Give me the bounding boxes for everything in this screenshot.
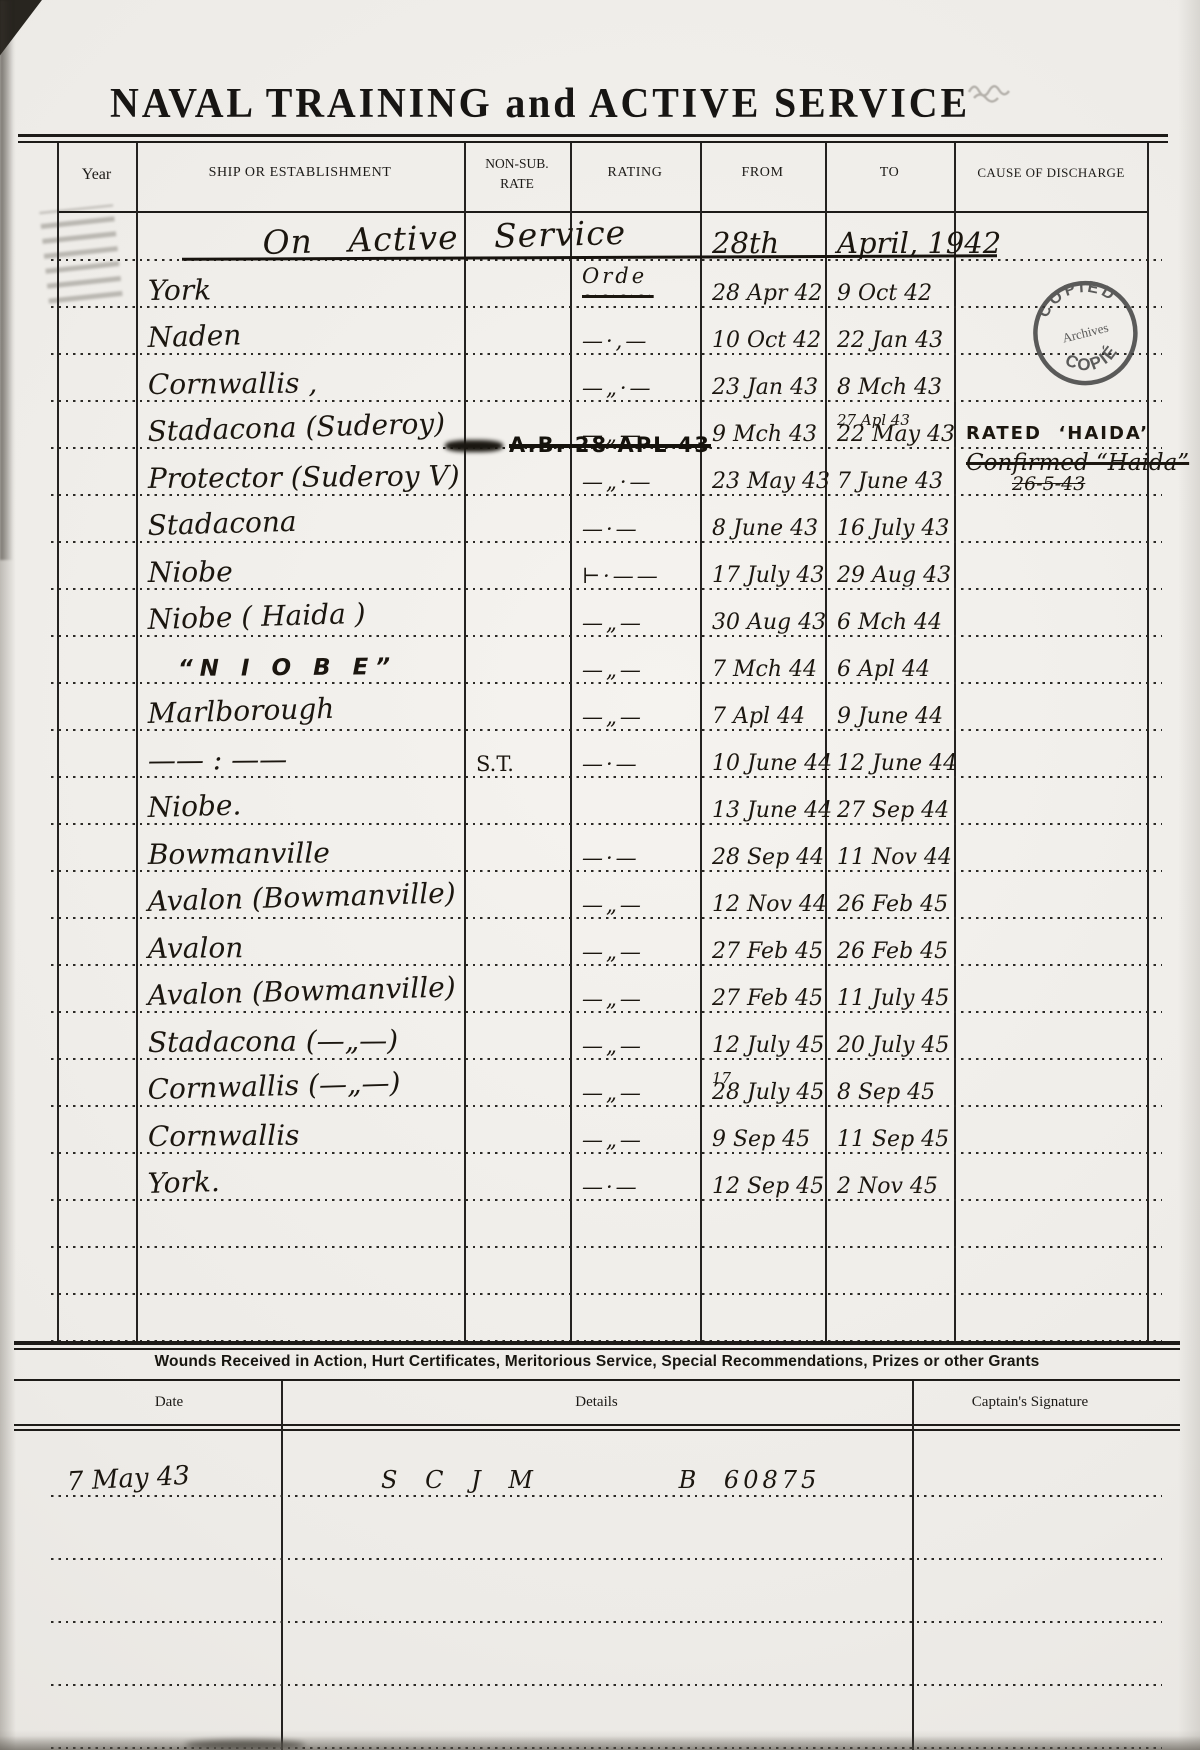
table-row: Avalon (Bowmanville) —„— 27 Feb 45 11 Ju…: [57, 965, 1148, 1012]
cell-from: 1728 July 45: [700, 1059, 825, 1106]
cell-from: 12 Sep 45: [700, 1153, 825, 1200]
page-title: NAVAL TRAINING and ACTIVE SERVICE: [27, 80, 1053, 128]
col-header-nonsub-line1: NON-SUB.: [464, 154, 570, 174]
cell-from: 10 June 44: [700, 730, 825, 777]
grants-cell-signature: [912, 1433, 1148, 1496]
cell-rating: —„—: [570, 636, 700, 683]
grants-row: [57, 1496, 1148, 1559]
cell-cause: [954, 1247, 1148, 1294]
cell-cause: [954, 213, 1148, 260]
cell-to: 11 Nov 44: [825, 824, 954, 871]
col-header-nonsub-line2: RATE: [464, 174, 570, 194]
table-row: Avalon (Bowmanville) —„— 12 Nov 44 26 Fe…: [57, 871, 1148, 918]
cell-rating: —„—: [570, 1059, 700, 1106]
grants-cell-details: [281, 1622, 912, 1685]
cell-ship: Niobe.: [136, 777, 464, 824]
table-row: York Orde~~~~ 28 Apr 42 9 Oct 42: [57, 260, 1148, 307]
grants-cell-details: [281, 1559, 912, 1622]
service-table-body: On Active Service 28th April, 1942 York …: [57, 213, 1148, 1341]
grants-col-header-details: Details: [281, 1394, 912, 1411]
cell-nonsub-rate: [464, 542, 570, 589]
cell-nonsub-rate: [464, 871, 570, 918]
table-row: Cornwallis , —„·— 23 Jan 43 8 Mch 43: [57, 354, 1148, 401]
cell-ship: [136, 1247, 464, 1294]
cell-cause: [954, 1106, 1148, 1153]
cell-from: 27 Feb 45: [700, 918, 825, 965]
cell-from: 13 June 44: [700, 777, 825, 824]
cell-from: 10 Oct 42: [700, 307, 825, 354]
cell-rating: —·—: [570, 495, 700, 542]
cell-year: [57, 495, 136, 542]
cell-ship: Avalon (Bowmanville): [136, 871, 464, 918]
cell-from: 23 May 43: [700, 448, 825, 495]
crossed-out-note: A.B. 28 APL 43: [445, 433, 711, 457]
cell-nonsub-rate: [464, 965, 570, 1012]
cell-to: 26 Feb 45: [825, 918, 954, 965]
cell-to: [825, 1247, 954, 1294]
cell-rating: Orde~~~~: [570, 260, 700, 307]
grants-cell-details: [281, 1496, 912, 1559]
cell-ship: Marlborough: [136, 683, 464, 730]
table-row: Cornwallis —„— 9 Sep 45 11 Sep 45: [57, 1106, 1148, 1153]
cell-from: 7 Apl 44: [700, 683, 825, 730]
cell-year: [57, 730, 136, 777]
grants-section-title: Wounds Received in Action, Hurt Certific…: [14, 1353, 1180, 1371]
cell-nonsub-rate: [464, 1200, 570, 1247]
cell-cause: [954, 1294, 1148, 1341]
grants-cell-date: [57, 1496, 281, 1559]
cell-ship: Niobe ( Haida ): [136, 589, 464, 636]
cell-ship: [136, 1200, 464, 1247]
cell-ship: Avalon: [136, 918, 464, 965]
cell-to: April, 1942: [825, 213, 954, 260]
table-row: [57, 1247, 1148, 1294]
cell-rating: —„—: [570, 918, 700, 965]
cell-rating: —„—: [570, 589, 700, 636]
cell-cause: [954, 636, 1148, 683]
col-header-cause: CAUSE OF DISCHARGE: [954, 165, 1148, 181]
cell-to: 11 July 45: [825, 965, 954, 1012]
cell-cause: [954, 542, 1148, 589]
grants-cell-details: S C J M B 60875: [281, 1433, 912, 1496]
cell-rating: —„·—: [570, 354, 700, 401]
cell-cause: RATED ‘HAIDA’: [954, 401, 1148, 448]
table-row: On Active Service 28th April, 1942: [57, 213, 1148, 260]
cell-from: 30 Aug 43: [700, 589, 825, 636]
col-header-from: FROM: [700, 165, 825, 181]
cell-cause: [954, 965, 1148, 1012]
top-rule: [18, 134, 1168, 137]
cell-year: [57, 401, 136, 448]
grants-cell-signature: [912, 1496, 1148, 1559]
cell-year: [57, 307, 136, 354]
grants-header-rule-2: [14, 1429, 1180, 1431]
cell-ship: Naden: [136, 307, 464, 354]
cell-from: 7 Mch 44: [700, 636, 825, 683]
cell-rating: —„—: [570, 1012, 700, 1059]
cell-cause: [954, 1200, 1148, 1247]
cell-to: 6 Apl 44: [825, 636, 954, 683]
cell-year: [57, 260, 136, 307]
cell-ship: York: [136, 260, 464, 307]
cell-nonsub-rate: [464, 777, 570, 824]
grants-cell-date: 7 May 43: [57, 1433, 281, 1496]
table-row: Naden —·,— 10 Oct 42 22 Jan 43: [57, 307, 1148, 354]
cell-rating: —„—: [570, 871, 700, 918]
cell-rating: [570, 1294, 700, 1341]
cell-ship: Cornwallis: [136, 1106, 464, 1153]
table-row: “N I O B E” —„— 7 Mch 44 6 Apl 44: [57, 636, 1148, 683]
cell-nonsub-rate: [464, 354, 570, 401]
cell-rating: ⊢·——: [570, 542, 700, 589]
cell-ship: On Active Service: [136, 213, 464, 260]
cell-rating: —„—: [570, 1106, 700, 1153]
cell-to: 29 Aug 43: [825, 542, 954, 589]
cell-to: 11 Sep 45: [825, 1106, 954, 1153]
cell-cause: [954, 1012, 1148, 1059]
cell-to: 20 July 45: [825, 1012, 954, 1059]
scan-artifact-bottom-edge: [0, 1736, 1200, 1750]
cell-ship: —— : ——: [136, 730, 464, 777]
grants-col-header-date: Date: [57, 1394, 281, 1411]
col-header-ship: SHIP OR ESTABLISHMENT: [136, 165, 464, 181]
cell-nonsub-rate: [464, 1012, 570, 1059]
cell-rating: —·—: [570, 730, 700, 777]
cell-rating: —„—: [570, 965, 700, 1012]
cell-ship: Stadacona (—„—): [136, 1012, 464, 1059]
cell-cause: [954, 730, 1148, 777]
cell-to: 12 June 44: [825, 730, 954, 777]
cell-from: 27 Feb 45: [700, 965, 825, 1012]
cell-ship: Protector (Suderoy V): [136, 448, 464, 495]
cell-to: 9 Oct 42: [825, 260, 954, 307]
scan-artifact-smudge: [185, 1740, 305, 1750]
table-row: —— : —— S.T. —·— 10 June 44 12 June 44: [57, 730, 1148, 777]
table-row: Cornwallis (—„—) —„— 1728 July 45 8 Sep …: [57, 1059, 1148, 1106]
cell-rating: —·,—: [570, 307, 700, 354]
cell-to: [825, 1200, 954, 1247]
cell-from: [700, 1247, 825, 1294]
cell-nonsub-rate: [464, 1106, 570, 1153]
table-row: Protector (Suderoy V) —„·— 23 May 43 7 J…: [57, 448, 1148, 495]
cell-cause: [954, 683, 1148, 730]
grants-row: [57, 1622, 1148, 1685]
cell-year: [57, 1200, 136, 1247]
cell-year: [57, 636, 136, 683]
grants-row: [57, 1559, 1148, 1622]
cell-to: 8 Mch 43: [825, 354, 954, 401]
cell-cause: [954, 918, 1148, 965]
cell-ship: Stadacona (Suderoy): [136, 401, 464, 448]
grants-title-rule: [14, 1379, 1180, 1381]
col-header-to: TO: [825, 165, 954, 181]
cell-nonsub-rate: [464, 307, 570, 354]
grants-cell-signature: [912, 1559, 1148, 1622]
cell-year: [57, 824, 136, 871]
cell-year: [57, 871, 136, 918]
grants-cell-signature: [912, 1622, 1148, 1685]
section-divider-rule-2: [14, 1348, 1180, 1350]
cell-nonsub-rate: [464, 683, 570, 730]
cell-to: [825, 1294, 954, 1341]
cell-ship: Niobe: [136, 542, 464, 589]
cell-ship: York.: [136, 1153, 464, 1200]
cell-to: 26 Feb 45: [825, 871, 954, 918]
cell-year: [57, 1012, 136, 1059]
col-header-year: Year: [57, 166, 136, 184]
cell-year: [57, 213, 136, 260]
cell-cause: [954, 824, 1148, 871]
cell-year: [57, 918, 136, 965]
cell-year: [57, 1106, 136, 1153]
cell-to: 27 Sep 44: [825, 777, 954, 824]
cell-ship: Avalon (Bowmanville): [136, 965, 464, 1012]
table-row: Niobe ⊢·—— 17 July 43 29 Aug 43: [57, 542, 1148, 589]
cell-to: 7 June 43: [825, 448, 954, 495]
cell-year: [57, 354, 136, 401]
table-row: Stadacona (—„—) —„— 12 July 45 20 July 4…: [57, 1012, 1148, 1059]
scan-artifact-left-edge: [0, 0, 13, 560]
cell-nonsub-rate: [464, 260, 570, 307]
stamp-text-middle: Archives: [1061, 320, 1110, 346]
cell-ship: [136, 1294, 464, 1341]
cell-rating: [570, 777, 700, 824]
cell-year: [57, 589, 136, 636]
scanned-page: NAVAL TRAINING and ACTIVE SERVICE Year S…: [0, 0, 1200, 1750]
table-row: Bowmanville —·— 28 Sep 44 11 Nov 44: [57, 824, 1148, 871]
cell-cause: [954, 589, 1148, 636]
cell-to: 27 Apl 4322 May 43: [825, 401, 954, 448]
grants-cell-date: [57, 1622, 281, 1685]
col-header-nonsub-rate: NON-SUB. RATE: [464, 154, 570, 195]
cell-ship: “N I O B E”: [136, 636, 464, 683]
cell-from: 28th: [700, 213, 825, 260]
cell-cause: [954, 495, 1148, 542]
grants-header-rule: [14, 1424, 1180, 1426]
cell-year: [57, 683, 136, 730]
cell-from: [700, 1294, 825, 1341]
cell-year: [57, 542, 136, 589]
col-header-rating: RATING: [570, 165, 700, 181]
grants-row: 7 May 43 S C J M B 60875: [57, 1433, 1148, 1496]
cell-to: 16 July 43: [825, 495, 954, 542]
cell-from: 28 Sep 44: [700, 824, 825, 871]
cell-year: [57, 1059, 136, 1106]
table-row: York. —·— 12 Sep 45 2 Nov 45: [57, 1153, 1148, 1200]
cell-nonsub-rate: S.T.: [464, 730, 570, 777]
cell-from: 12 July 45: [700, 1012, 825, 1059]
cell-rating: [570, 1200, 700, 1247]
table-row: [57, 1200, 1148, 1247]
cell-year: [57, 777, 136, 824]
cell-ship: Stadacona: [136, 495, 464, 542]
cell-to: 2 Nov 45: [825, 1153, 954, 1200]
grants-cell-date: [57, 1559, 281, 1622]
table-row: Avalon —„— 27 Feb 45 26 Feb 45: [57, 918, 1148, 965]
table-row: Stadacona —·— 8 June 43 16 July 43: [57, 495, 1148, 542]
table-row: Marlborough —„— 7 Apl 44 9 June 44: [57, 683, 1148, 730]
cell-to: 9 June 44: [825, 683, 954, 730]
cell-nonsub-rate: [464, 1294, 570, 1341]
cell-from: 12 Nov 44: [700, 871, 825, 918]
cell-rating: —„—: [570, 683, 700, 730]
cell-rating: —·—: [570, 824, 700, 871]
cell-nonsub-rate: [464, 1153, 570, 1200]
cell-rating: [570, 1247, 700, 1294]
grants-col-header-signature: Captain's Signature: [912, 1394, 1148, 1411]
cell-nonsub-rate: [464, 589, 570, 636]
cell-from: 28 Apr 42: [700, 260, 825, 307]
cell-cause: [954, 777, 1148, 824]
cell-nonsub-rate: [464, 1247, 570, 1294]
table-row: [57, 1294, 1148, 1341]
cell-rating: —·—: [570, 1153, 700, 1200]
cell-ship: Bowmanville: [136, 824, 464, 871]
cell-cause: [954, 1059, 1148, 1106]
cell-nonsub-rate: [464, 636, 570, 683]
cell-from: 9 Sep 45: [700, 1106, 825, 1153]
cell-nonsub-rate: [464, 1059, 570, 1106]
cell-from: 9 Mch 43: [700, 401, 825, 448]
cell-nonsub-rate: [464, 918, 570, 965]
cell-ship: Cornwallis ,: [136, 354, 464, 401]
top-rule-2: [18, 141, 1168, 143]
grants-table-body: 7 May 43 S C J M B 60875: [57, 1433, 1148, 1748]
section-divider-rule: [14, 1341, 1180, 1345]
cell-year: [57, 965, 136, 1012]
cell-year: [57, 1153, 136, 1200]
cell-from: 17 July 43: [700, 542, 825, 589]
cell-year: [57, 1247, 136, 1294]
cell-to: 8 Sep 45: [825, 1059, 954, 1106]
cell-year: [57, 1294, 136, 1341]
cell-cause: [954, 871, 1148, 918]
table-row: Niobe ( Haida ) —„— 30 Aug 43 6 Mch 44: [57, 589, 1148, 636]
cell-nonsub-rate: [464, 824, 570, 871]
cell-cause: [954, 1153, 1148, 1200]
cell-from: 8 June 43: [700, 495, 825, 542]
cell-from: 23 Jan 43: [700, 354, 825, 401]
cell-nonsub-rate: [464, 495, 570, 542]
cell-cause: Confirmed “Haida”26-5-43: [954, 448, 1148, 495]
table-row: Niobe. 13 June 44 27 Sep 44: [57, 777, 1148, 824]
cell-to: 22 Jan 43: [825, 307, 954, 354]
cell-year: [57, 448, 136, 495]
cell-to: 6 Mch 44: [825, 589, 954, 636]
cell-ship: Cornwallis (—„—): [136, 1059, 464, 1106]
cell-from: [700, 1200, 825, 1247]
